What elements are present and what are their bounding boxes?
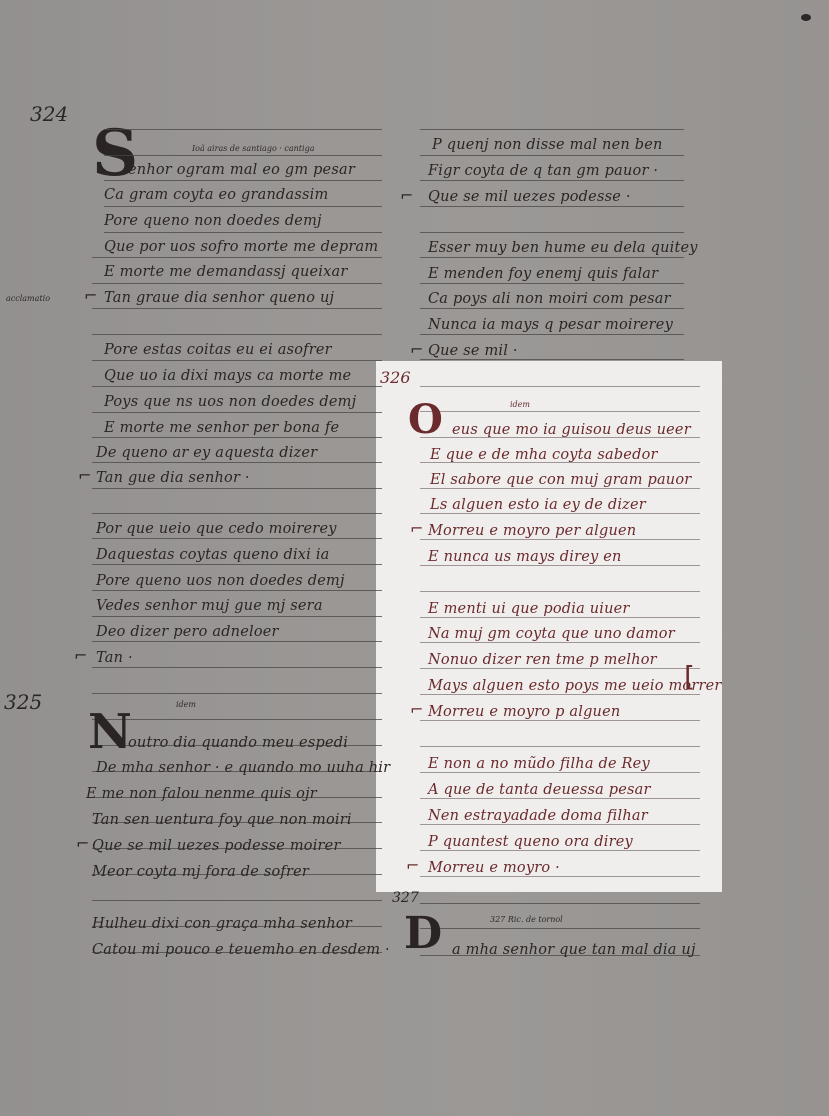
poem-number-325: 325 — [4, 690, 42, 714]
text-line: Deo dizer pero adneloer — [96, 624, 279, 640]
paragraph-mark: ⌐ — [406, 856, 419, 875]
gloss-324: Ioã airas de santiago · cantiga — [192, 144, 314, 153]
initial-n: N — [88, 708, 132, 756]
text-line: Morreu e moyro · — [428, 860, 560, 876]
text-line: eus que mo ia guisou deus ueer — [452, 422, 691, 438]
text-line: Figr coyta de q tan gm pauor · — [428, 163, 658, 179]
text-line: Por que ueio que cedo moirerey — [96, 521, 337, 537]
text-line: E que e de mha coyta sabedor — [430, 447, 658, 463]
text-line: Vedes senhor muj gue mj sera — [96, 598, 323, 614]
text-line: E non a no mũdo filha de Rey — [428, 756, 650, 772]
text-line: Que uo ia dixi mays ca morte me — [104, 368, 351, 384]
poem-number-327: 327 — [392, 890, 419, 906]
text-line: Morreu e moyro per alguen — [428, 523, 636, 539]
text-line: De queno ar ey aquesta dizer — [96, 445, 317, 461]
paragraph-mark: ⌐ — [76, 834, 89, 853]
text-line: enhor ogram mal eo gm pesar — [128, 162, 355, 178]
bracket-mark: [ — [684, 660, 695, 693]
text-line: Nen estrayadade doma filhar — [428, 808, 648, 824]
paragraph-mark: ⌐ — [84, 286, 97, 305]
text-line: Daquestas coytas queno dixi ia — [96, 547, 330, 563]
paragraph-mark: ⌐ — [74, 646, 87, 665]
text-line: Ca gram coyta eo grandassim — [104, 187, 328, 203]
text-line: Ca poys ali non moiri com pesar — [428, 291, 671, 307]
gloss-326: idem — [510, 400, 530, 409]
text-line: Pore estas coitas eu ei asofrer — [104, 342, 332, 358]
poem-number-326: 326 — [380, 368, 411, 387]
text-line: Mays alguen esto poys me ueio morrer — [428, 678, 722, 694]
text-line: Catou mi pouco e teuemho en desdem · — [92, 942, 390, 958]
text-line: Tan gue dia senhor · — [96, 470, 250, 486]
text-line: Tan · — [96, 650, 133, 666]
gloss-325: idem — [176, 700, 196, 709]
initial-d: D — [404, 912, 442, 956]
text-line: Esser muy ben hume eu dela quitey — [428, 240, 698, 256]
text-line: Meor coyta mj fora de sofrer — [92, 864, 309, 880]
text-line: Tan graue dia senhor queno uj — [104, 290, 334, 306]
margin-note: acclamatio — [6, 294, 50, 303]
text-line: P quantest queno ora direy — [428, 834, 633, 850]
text-line: Que se mil · — [428, 343, 518, 359]
paragraph-mark: ⌐ — [410, 519, 423, 538]
text-line: Nonuo dizer ren tme p melhor — [428, 652, 657, 668]
text-line: El sabore que con muj gram pauor — [430, 472, 691, 488]
text-line: Tan sen uentura foy que non moiri — [92, 812, 352, 828]
paragraph-mark: ⌐ — [410, 700, 423, 719]
text-line: E menti ui que podia uiuer — [428, 601, 630, 617]
text-line: E morte me demandassj queixar — [104, 264, 347, 280]
text-line: E nunca us mays direy en — [428, 549, 622, 565]
text-line: Hulheu dixi con graça mha senhor — [92, 916, 352, 932]
manuscript-page: 324 S Ioã airas de santiago · cantiga ac… — [0, 0, 829, 1116]
text-line: A que de tanta deuessa pesar — [428, 782, 651, 798]
paragraph-mark: ⌐ — [400, 186, 413, 205]
text-line: E me non falou nenme quis ojr — [86, 786, 317, 802]
text-line: E morte me senhor per bona fe — [104, 420, 339, 436]
text-line: Pore queno uos non doedes demj — [96, 573, 345, 589]
text-line: Poys que ns uos non doedes demj — [104, 394, 356, 410]
initial-o: O — [408, 400, 443, 440]
text-line: Que se mil uezes podesse moirer — [92, 838, 341, 854]
text-line: Ls alguen esto ia ey de dizer — [430, 497, 646, 513]
text-line: E menden foy enemj quis falar — [428, 266, 658, 282]
text-line: Nunca ia mays q pesar moirerey — [428, 317, 673, 333]
text-line: outro dia quando meu espedi — [128, 735, 348, 751]
paragraph-mark: ⌐ — [410, 340, 423, 359]
gloss-327: 327 Ric. de tornol — [490, 915, 563, 924]
text-line: De mha senhor · e quando mo uuha hir — [96, 760, 390, 776]
text-line: Que por uos sofro morte me depram — [104, 239, 378, 255]
text-line: Morreu e moyro p alguen — [428, 704, 620, 720]
text-line: Que se mil uezes podesse · — [428, 189, 631, 205]
text-line: Na muj gm coyta que uno damor — [428, 626, 675, 642]
text-line: Pore queno non doedes demj — [104, 213, 322, 229]
text-line: a mha senhor que tan mal dia uj — [452, 942, 696, 958]
ink-blot — [801, 14, 811, 21]
paragraph-mark: ⌐ — [78, 466, 91, 485]
poem-number-324: 324 — [30, 102, 68, 126]
text-line: P quenj non disse mal nen ben — [432, 137, 663, 153]
